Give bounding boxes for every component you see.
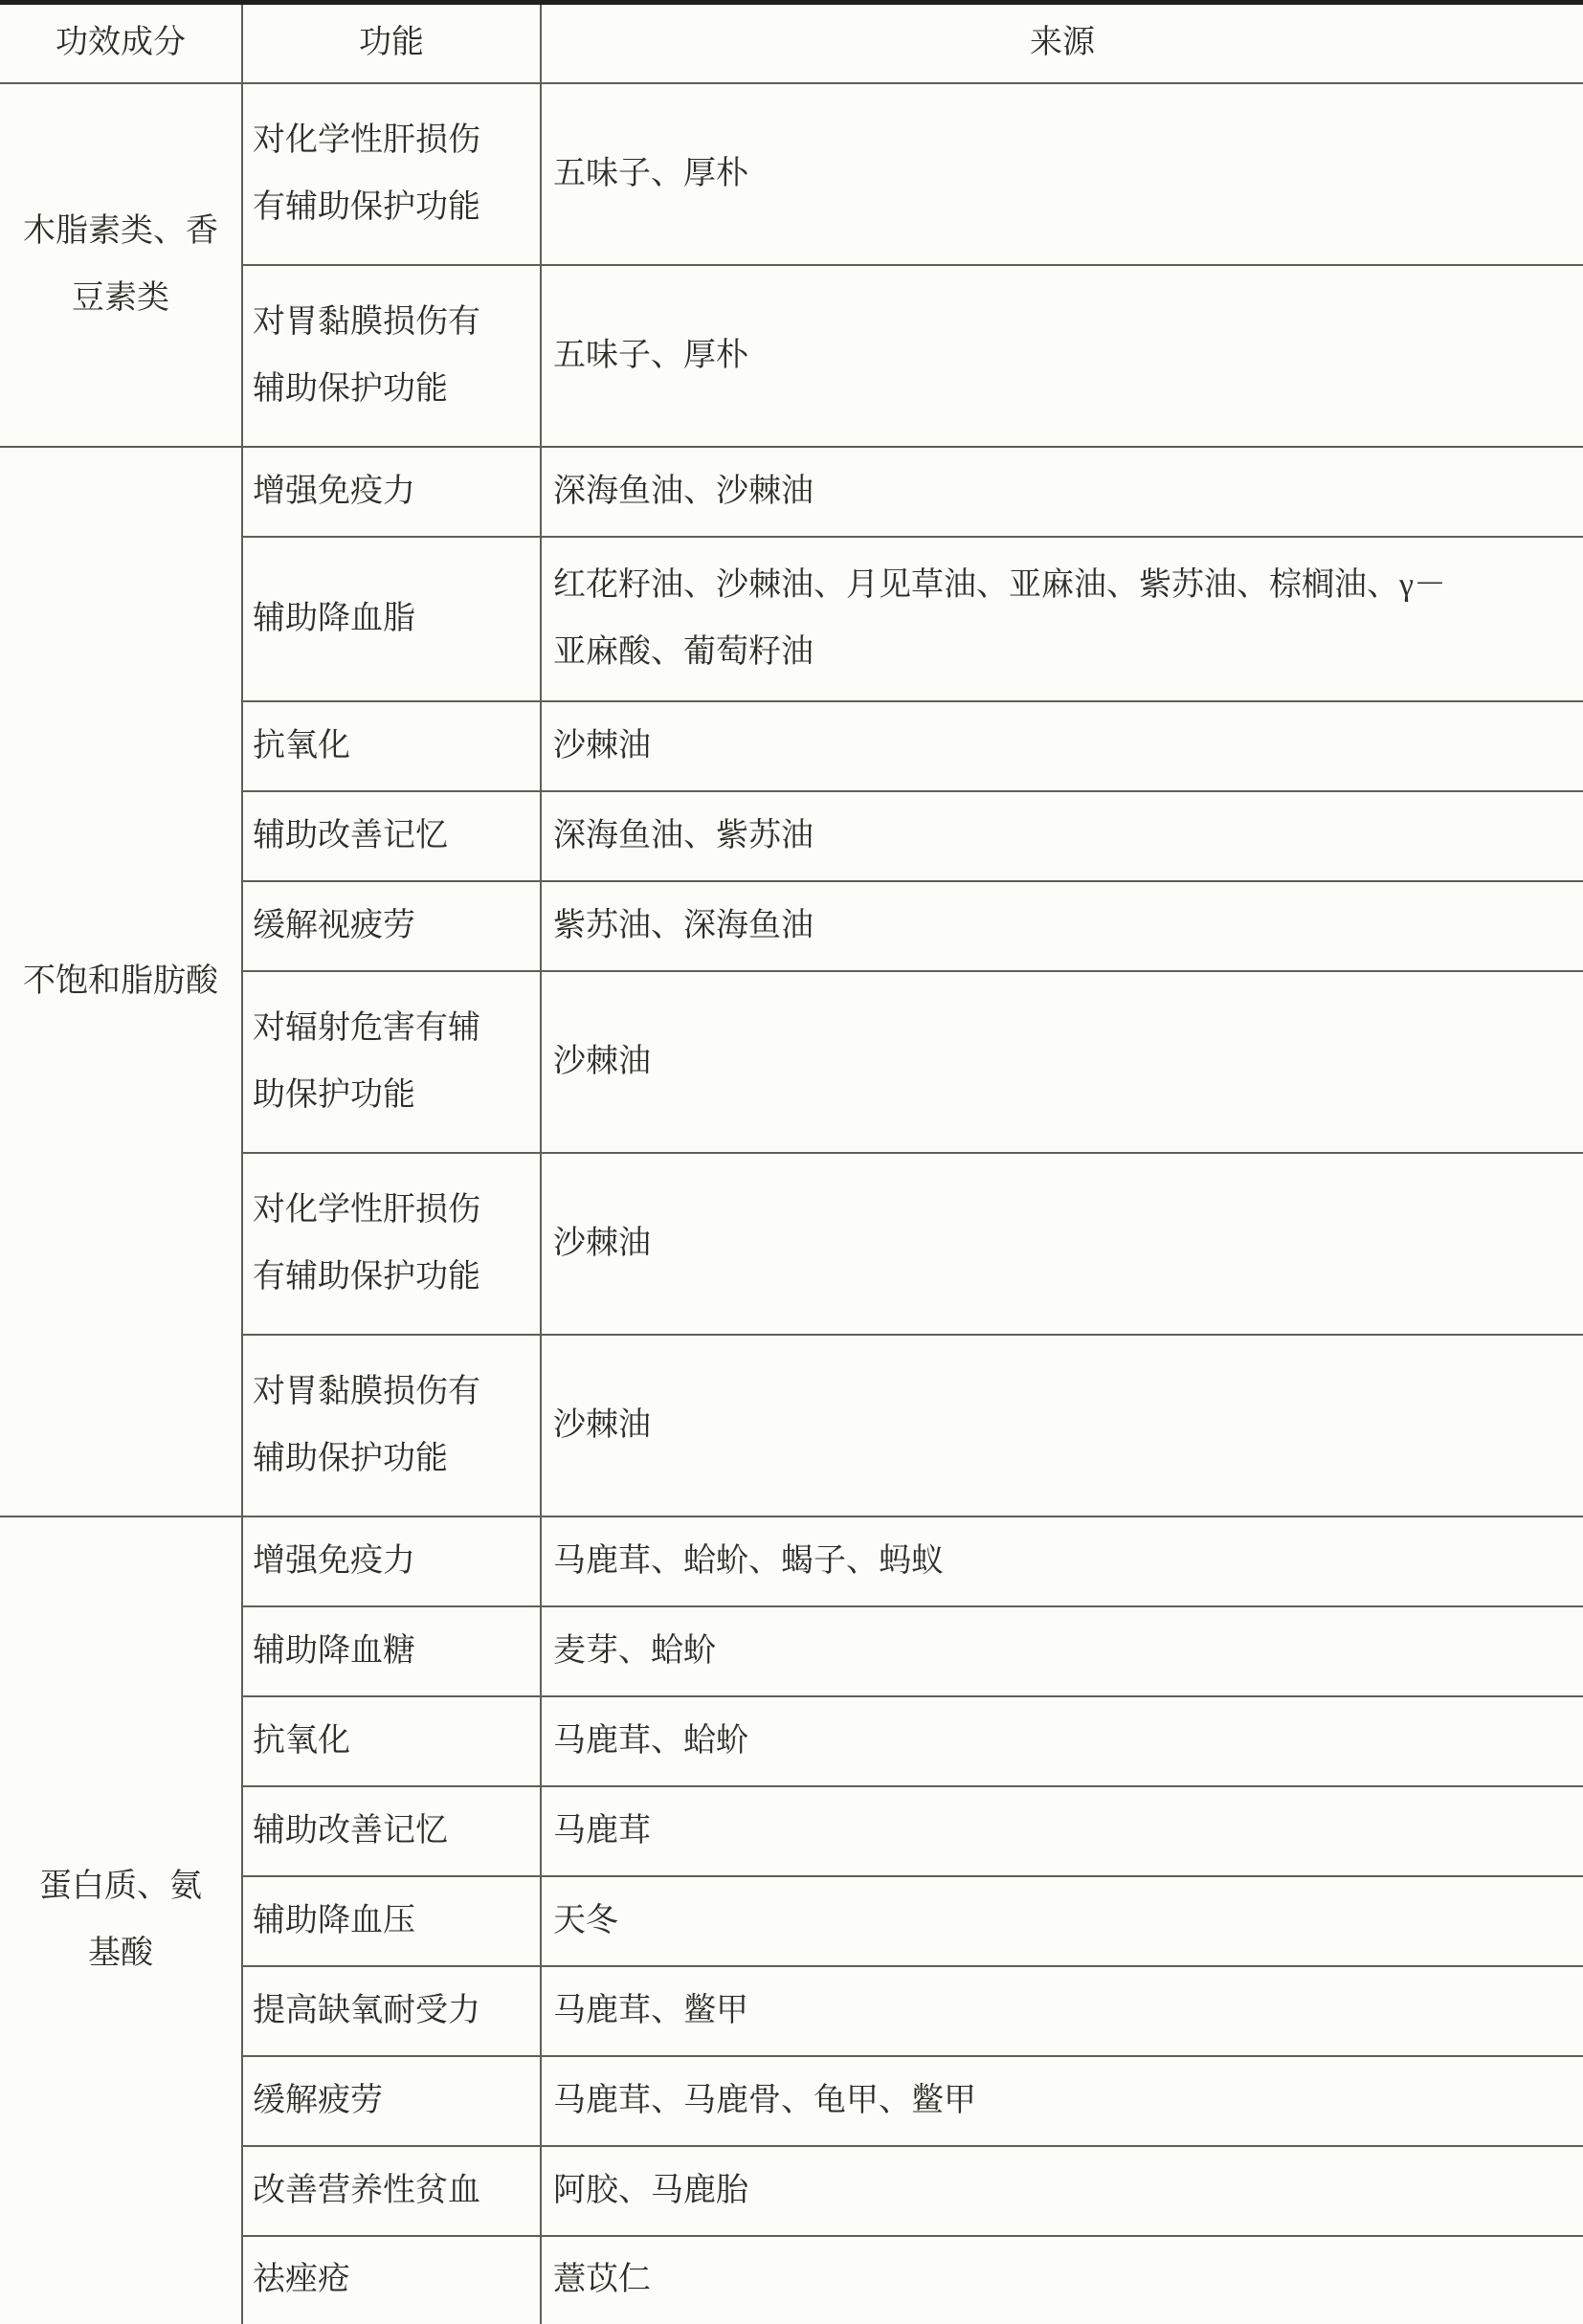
source-cell: 天冬 bbox=[541, 1876, 1583, 1966]
source-line: 天冬 bbox=[553, 1888, 1573, 1955]
function-line: 对化学性肝损伤 bbox=[253, 1177, 532, 1244]
source-line: 深海鱼油、紫苏油 bbox=[553, 803, 1573, 870]
function-cell: 缓解视疲劳 bbox=[242, 881, 541, 971]
function-line: 有辅助保护功能 bbox=[253, 1244, 532, 1311]
source-cell: 紫苏油、深海鱼油 bbox=[541, 881, 1583, 971]
source-line: 亚麻酸、葡萄籽油 bbox=[553, 619, 1573, 686]
function-cell: 辅助降血糖 bbox=[242, 1606, 541, 1696]
source-line: 五味子、厚朴 bbox=[553, 141, 1573, 208]
header-row: 功效成分 功能 来源 bbox=[0, 3, 1583, 83]
ingredient-cell: 木脂素类、香豆素类 bbox=[0, 83, 242, 447]
ingredient-cell: 不饱和脂肪酸 bbox=[0, 447, 242, 1516]
function-line: 助保护功能 bbox=[253, 1062, 532, 1129]
source-line: 阿胶、马鹿胎 bbox=[553, 2158, 1573, 2224]
source-line: 马鹿茸、蛤蚧、蝎子、蚂蚁 bbox=[553, 1528, 1573, 1595]
function-cell: 辅助降血脂 bbox=[242, 537, 541, 701]
function-line: 祛痤疮 bbox=[253, 2247, 532, 2313]
function-cell: 对胃黏膜损伤有辅助保护功能 bbox=[242, 265, 541, 447]
source-line: 红花籽油、沙棘油、月见草油、亚麻油、紫苏油、棕榈油、γ－ bbox=[553, 552, 1573, 619]
function-line: 对胃黏膜损伤有 bbox=[253, 1359, 532, 1426]
function-line: 提高缺氧耐受力 bbox=[253, 1978, 532, 2045]
source-cell: 马鹿茸、马鹿骨、龟甲、鳖甲 bbox=[541, 2056, 1583, 2146]
function-cell: 对化学性肝损伤有辅助保护功能 bbox=[242, 83, 541, 265]
function-cell: 缓解疲劳 bbox=[242, 2056, 541, 2146]
ingredient-line: 基酸 bbox=[8, 1920, 234, 1987]
function-cell: 抗氧化 bbox=[242, 1696, 541, 1786]
source-cell: 沙棘油 bbox=[541, 1153, 1583, 1335]
table-body: 木脂素类、香豆素类对化学性肝损伤有辅助保护功能五味子、厚朴对胃黏膜损伤有辅助保护… bbox=[0, 83, 1583, 2324]
ingredient-line: 豆素类 bbox=[8, 265, 234, 332]
function-cell: 对胃黏膜损伤有辅助保护功能 bbox=[242, 1335, 541, 1516]
table-row: 蛋白质、氨基酸增强免疫力马鹿茸、蛤蚧、蝎子、蚂蚁 bbox=[0, 1516, 1583, 1606]
header-ingredient: 功效成分 bbox=[0, 3, 242, 83]
source-line: 沙棘油 bbox=[553, 713, 1573, 780]
source-line: 薏苡仁 bbox=[553, 2247, 1573, 2313]
source-cell: 沙棘油 bbox=[541, 1335, 1583, 1516]
source-line: 沙棘油 bbox=[553, 1029, 1573, 1096]
function-cell: 对化学性肝损伤有辅助保护功能 bbox=[242, 1153, 541, 1335]
function-line: 缓解疲劳 bbox=[253, 2068, 532, 2135]
function-cell: 对辐射危害有辅助保护功能 bbox=[242, 971, 541, 1153]
source-line: 沙棘油 bbox=[553, 1210, 1573, 1277]
source-line: 五味子、厚朴 bbox=[553, 322, 1573, 389]
source-cell: 五味子、厚朴 bbox=[541, 265, 1583, 447]
source-line: 紫苏油、深海鱼油 bbox=[553, 893, 1573, 960]
function-line: 改善营养性贫血 bbox=[253, 2158, 532, 2224]
source-cell: 薏苡仁 bbox=[541, 2236, 1583, 2324]
source-cell: 红花籽油、沙棘油、月见草油、亚麻油、紫苏油、棕榈油、γ－亚麻酸、葡萄籽油 bbox=[541, 537, 1583, 701]
function-line: 辅助降血脂 bbox=[253, 586, 532, 653]
source-cell: 阿胶、马鹿胎 bbox=[541, 2146, 1583, 2236]
function-cell: 增强免疫力 bbox=[242, 1516, 541, 1606]
function-line: 抗氧化 bbox=[253, 1708, 532, 1775]
function-line: 辅助保护功能 bbox=[253, 1426, 532, 1493]
function-line: 对化学性肝损伤 bbox=[253, 107, 532, 174]
function-line: 辅助保护功能 bbox=[253, 356, 532, 423]
efficacy-ingredient-table: 功效成分 功能 来源 木脂素类、香豆素类对化学性肝损伤有辅助保护功能五味子、厚朴… bbox=[0, 0, 1583, 2324]
function-line: 对胃黏膜损伤有 bbox=[253, 289, 532, 356]
source-cell: 五味子、厚朴 bbox=[541, 83, 1583, 265]
source-line: 麦芽、蛤蚧 bbox=[553, 1618, 1573, 1685]
header-function: 功能 bbox=[242, 3, 541, 83]
source-cell: 马鹿茸、蛤蚧 bbox=[541, 1696, 1583, 1786]
ingredient-line: 木脂素类、香 bbox=[8, 198, 234, 265]
function-line: 增强免疫力 bbox=[253, 1528, 532, 1595]
source-cell: 马鹿茸 bbox=[541, 1786, 1583, 1876]
function-line: 增强免疫力 bbox=[253, 458, 532, 525]
table-row: 木脂素类、香豆素类对化学性肝损伤有辅助保护功能五味子、厚朴 bbox=[0, 83, 1583, 265]
function-line: 缓解视疲劳 bbox=[253, 893, 532, 960]
function-cell: 增强免疫力 bbox=[242, 447, 541, 537]
function-line: 辅助降血压 bbox=[253, 1888, 532, 1955]
source-cell: 麦芽、蛤蚧 bbox=[541, 1606, 1583, 1696]
function-cell: 改善营养性贫血 bbox=[242, 2146, 541, 2236]
function-cell: 提高缺氧耐受力 bbox=[242, 1966, 541, 2056]
ingredient-line: 蛋白质、氨 bbox=[8, 1853, 234, 1920]
source-cell: 深海鱼油、沙棘油 bbox=[541, 447, 1583, 537]
source-cell: 马鹿茸、鳖甲 bbox=[541, 1966, 1583, 2056]
source-line: 马鹿茸、鳖甲 bbox=[553, 1978, 1573, 2045]
function-line: 有辅助保护功能 bbox=[253, 174, 532, 241]
function-line: 抗氧化 bbox=[253, 713, 532, 780]
function-line: 辅助降血糖 bbox=[253, 1618, 532, 1685]
source-cell: 沙棘油 bbox=[541, 971, 1583, 1153]
source-line: 马鹿茸、马鹿骨、龟甲、鳖甲 bbox=[553, 2068, 1573, 2135]
table-row: 不饱和脂肪酸增强免疫力深海鱼油、沙棘油 bbox=[0, 447, 1583, 537]
function-cell: 辅助改善记忆 bbox=[242, 791, 541, 881]
ingredient-cell: 蛋白质、氨基酸 bbox=[0, 1516, 242, 2324]
source-cell: 深海鱼油、紫苏油 bbox=[541, 791, 1583, 881]
ingredient-line: 不饱和脂肪酸 bbox=[8, 948, 234, 1015]
source-line: 马鹿茸、蛤蚧 bbox=[553, 1708, 1573, 1775]
source-line: 深海鱼油、沙棘油 bbox=[553, 458, 1573, 525]
source-cell: 沙棘油 bbox=[541, 701, 1583, 791]
source-line: 马鹿茸 bbox=[553, 1798, 1573, 1865]
function-line: 辅助改善记忆 bbox=[253, 803, 532, 870]
header-source: 来源 bbox=[541, 3, 1583, 83]
function-cell: 祛痤疮 bbox=[242, 2236, 541, 2324]
function-line: 辅助改善记忆 bbox=[253, 1798, 532, 1865]
function-cell: 抗氧化 bbox=[242, 701, 541, 791]
source-cell: 马鹿茸、蛤蚧、蝎子、蚂蚁 bbox=[541, 1516, 1583, 1606]
function-cell: 辅助改善记忆 bbox=[242, 1786, 541, 1876]
function-cell: 辅助降血压 bbox=[242, 1876, 541, 1966]
function-line: 对辐射危害有辅 bbox=[253, 995, 532, 1062]
source-line: 沙棘油 bbox=[553, 1392, 1573, 1459]
document-page: 功效成分 功能 来源 木脂素类、香豆素类对化学性肝损伤有辅助保护功能五味子、厚朴… bbox=[0, 0, 1583, 2324]
